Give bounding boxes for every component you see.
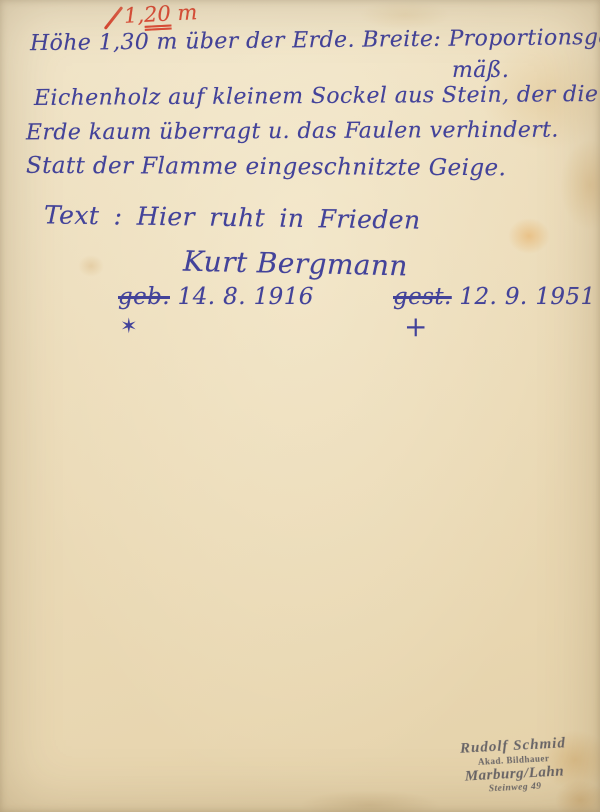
handwriting-line-name: Kurt Bergmann (183, 245, 408, 283)
genealogy-symbols-row: ✶ + (0, 310, 600, 346)
handwriting-line-base: Erde kaum überragt u. das Faulen verhind… (26, 118, 559, 146)
birth-date-value: 14. 8. 1916 (170, 284, 314, 310)
paper-stain (508, 218, 550, 254)
died-cross-symbol: + (404, 310, 427, 343)
red-correction-number-pre: 1, (123, 3, 144, 28)
paper-stain (78, 255, 104, 277)
handwriting-line-violin: Statt der Flamme eingeschnitzte Geige. (26, 153, 506, 182)
birth-date-entry: geb. 14. 8. 1916 (118, 284, 314, 310)
death-date-entry: gest. 12. 9. 1951 (393, 284, 596, 310)
handwriting-line-material: Eichenholz auf kleinem Sockel aus Stein,… (34, 82, 599, 111)
paper-background: 1,20 m Höhe 1,30 m über der Erde. Breite… (0, 0, 600, 812)
sculptor-address-stamp: Rudolf Schmid Akad. Bildhauer Marburg/La… (440, 734, 589, 797)
handwriting-line-height-wrap: mäß. (452, 58, 509, 83)
paper-stain (300, 790, 440, 812)
red-height-correction: 1,20 m (123, 0, 198, 28)
death-date-value: 12. 9. 1951 (452, 284, 596, 310)
death-label-struck: gest. (393, 284, 452, 310)
handwriting-line-height: Höhe 1,30 m über der Erde. Breite: Propo… (30, 25, 600, 56)
red-check-mark (104, 6, 124, 30)
handwriting-line-inscription: Text : Hier ruht in Frieden (44, 200, 421, 234)
red-correction-unit: m (170, 0, 198, 25)
birth-label-struck: geb. (118, 284, 170, 310)
red-correction-number-underlined: 20 (143, 1, 171, 26)
paper-stain (360, 0, 450, 30)
born-star-symbol: ✶ (120, 314, 138, 338)
paper-stain (560, 140, 600, 230)
